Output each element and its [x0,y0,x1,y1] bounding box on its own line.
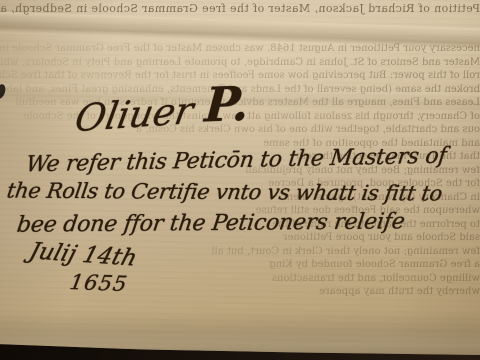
year-line: 1655 [68,270,130,296]
fold-crease-top [0,11,480,55]
cromwell-signature: OliuerP. [71,76,254,144]
referral-line-1: We refer this Peticōn to the Masters of [25,144,448,178]
signature-protector-initial: P. [203,77,251,134]
bleedthrough-line: Master and Seniors of St. Johns in Cambr… [0,56,480,70]
document-photo: Petition of Richard Jackson, Master of t… [0,0,480,360]
edge-tear-mark [0,83,7,100]
bleedthrough-line: necessary your Petitioner in August 1648… [0,42,480,56]
referral-line-2: the Rolls to Certifie vnto vs whatt is f… [5,178,444,205]
parchment-page: Petition of Richard Jackson, Master of t… [0,0,480,360]
date-line: Julij 14th [26,239,140,272]
bleedthrough-header-line: Petition of Richard Jackson, Master of t… [0,2,480,15]
referral-line-3: bee done ffor the Peticoners releife [15,209,406,237]
signature-name: Oliuer [72,89,197,141]
